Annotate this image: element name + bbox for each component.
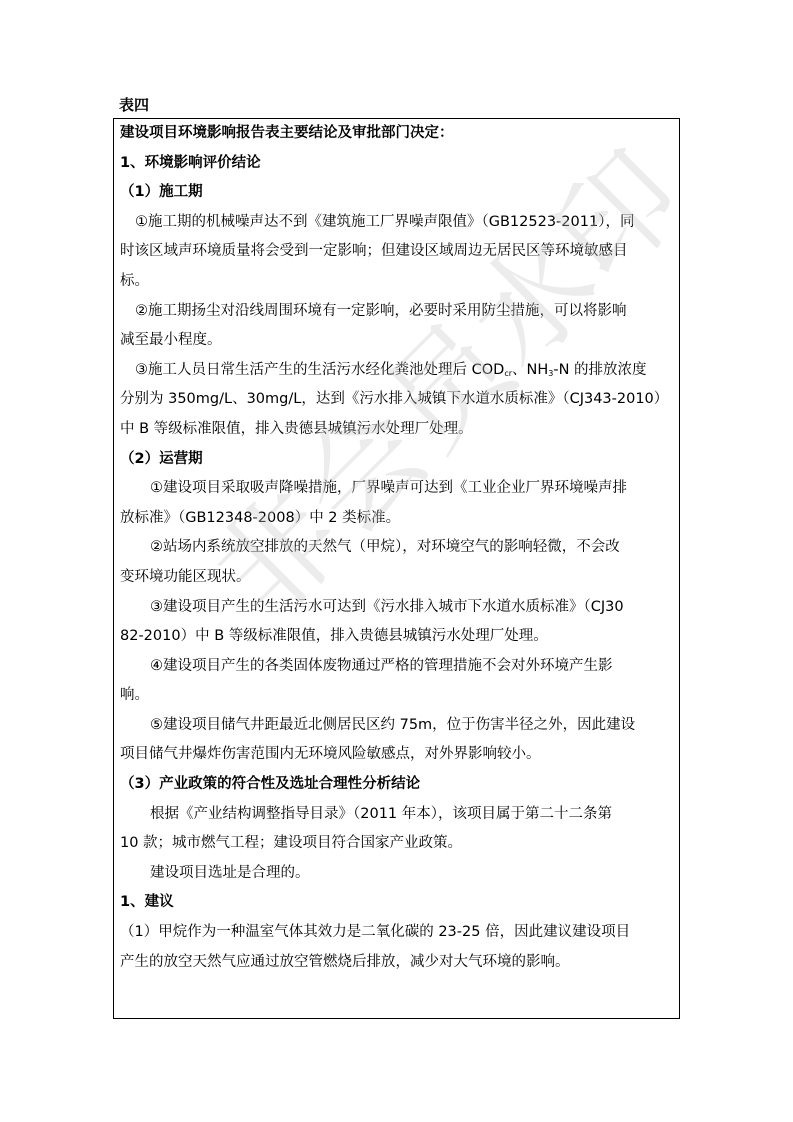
paragraph-line: 变环境功能区现状。 [120, 563, 673, 593]
box-title: 建设项目环境影响报告表主要结论及审批部门决定： [120, 119, 673, 149]
subsection-heading-construction: （1）施工期 [120, 178, 673, 208]
operation-item-3: ③建设项目产生的生活污水可达到《污水排入城市下水道水质标准》（CJ30 82-2… [120, 593, 673, 652]
paragraph-line: （1）甲烷作为一种温室气体其效力是二氧化碳的 23-25 倍，因此建议建设项目 [120, 918, 673, 948]
operation-item-1: ①建设项目采取吸声降噪措施，厂界噪声可达到《工业企业厂界环境噪声排 放标准》（G… [120, 474, 673, 533]
operation-item-5: ⑤建设项目储气井距最近北侧居民区约 75m，位于伤害半径之外，因此建设 项目储气… [120, 711, 673, 770]
paragraph-line: ④建设项目产生的各类固体废物通过严格的管理措施不会对外环境产生影 [120, 652, 673, 682]
operation-item-2: ②站场内系统放空排放的天然气（甲烷），对环境空气的影响轻微，不会改 变环境功能区… [120, 533, 673, 592]
paragraph-line: 项目储气井爆炸伤害范围内无环境风险敏感点，对外界影响较小。 [120, 740, 673, 770]
subscript-cr: cr [504, 369, 512, 378]
text-run: -N 的排放浓度 [553, 362, 646, 378]
policy-paragraph-1: 根据《产业结构调整指导目录》（2011 年本），该项目属于第二十二条第 10 款… [120, 800, 673, 859]
paragraph-line: 82-2010）中 B 等级标准限值，排入贵德县城镇污水处理厂处理。 [120, 622, 673, 652]
paragraph-line: 响。 [120, 681, 673, 711]
text-run: ③施工人员日常生活产生的生活污水经化粪池处理后 COD [135, 362, 504, 378]
conclusions-content: 建设项目环境影响报告表主要结论及审批部门决定： 1、环境影响评价结论 （1）施工… [120, 119, 673, 977]
conclusions-table-box: 建设项目环境影响报告表主要结论及审批部门决定： 1、环境影响评价结论 （1）施工… [113, 118, 680, 1019]
table-label: 表四 [119, 95, 149, 115]
paragraph-line: ③施工人员日常生活产生的生活污水经化粪池处理后 CODcr、NH3-N 的排放浓… [120, 356, 673, 386]
paragraph-line: 减至最小程度。 [120, 326, 673, 356]
construction-item-3: ③施工人员日常生活产生的生活污水经化粪池处理后 CODcr、NH3-N 的排放浓… [120, 356, 673, 445]
paragraph-line: 根据《产业结构调整指导目录》（2011 年本），该项目属于第二十二条第 [120, 800, 673, 830]
paragraph-line: ②站场内系统放空排放的天然气（甲烷），对环境空气的影响轻微，不会改 [120, 533, 673, 563]
section-heading-evaluation: 1、环境影响评价结论 [120, 149, 673, 179]
construction-item-2: ②施工期扬尘对沿线周围环境有一定影响，必要时采用防尘措施，可以将影响 减至最小程… [120, 297, 673, 356]
paragraph-line: ②施工期扬尘对沿线周围环境有一定影响，必要时采用防尘措施，可以将影响 [120, 297, 673, 327]
operation-item-4: ④建设项目产生的各类固体废物通过严格的管理措施不会对外环境产生影 响。 [120, 652, 673, 711]
paragraph-line: 中 B 等级标准限值，排入贵德县城镇污水处理厂处理。 [120, 415, 673, 445]
paragraph-line: 放标准》（GB12348-2008）中 2 类标准。 [120, 504, 673, 534]
subsection-heading-policy: （3）产业政策的符合性及选址合理性分析结论 [120, 770, 673, 800]
paragraph-line: ①建设项目采取吸声降噪措施，厂界噪声可达到《工业企业厂界环境噪声排 [120, 474, 673, 504]
paragraph-line: 10 款；城市燃气工程；建设项目符合国家产业政策。 [120, 829, 673, 859]
paragraph-line: 产生的放空天然气应通过放空管燃烧后排放，减少对大气环境的影响。 [120, 948, 673, 978]
paragraph-line: ③建设项目产生的生活污水可达到《污水排入城市下水道水质标准》（CJ30 [120, 593, 673, 623]
paragraph-line: 分别为 350mg/L、30mg/L，达到《污水排入城镇下水道水质标准》（CJ3… [120, 385, 673, 415]
section-heading-suggestions: 1、建议 [120, 888, 673, 918]
construction-item-1: ①施工期的机械噪声达不到《建筑施工厂界噪声限值》（GB12523-2011），同… [120, 208, 673, 297]
paragraph-line: 时该区域声环境质量将会受到一定影响；但建设区域周边无居民区等环境敏感目 [120, 237, 673, 267]
paragraph-line: 标。 [120, 267, 673, 297]
subsection-heading-operation: （2）运营期 [120, 445, 673, 475]
text-run: 、NH [512, 362, 548, 378]
suggestion-item-1: （1）甲烷作为一种温室气体其效力是二氧化碳的 23-25 倍，因此建议建设项目 … [120, 918, 673, 977]
paragraph-line: ⑤建设项目储气井距最近北侧居民区约 75m，位于伤害半径之外，因此建设 [120, 711, 673, 741]
policy-paragraph-2: 建设项目选址是合理的。 [120, 859, 673, 889]
paragraph-line: ①施工期的机械噪声达不到《建筑施工厂界噪声限值》（GB12523-2011），同 [120, 208, 673, 238]
